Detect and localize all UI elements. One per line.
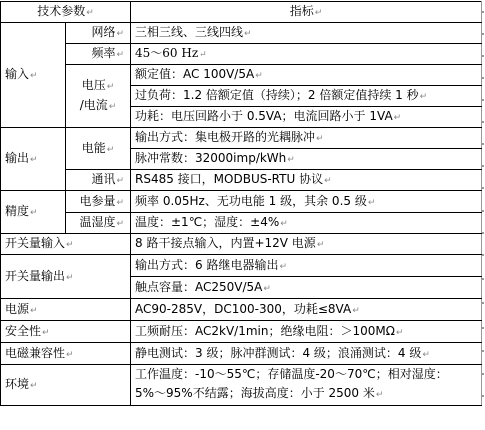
table-row: 精度↵ 电参量↵ 频率 0.05Hz、无功电能 1 级，其余 0.5 级↵ xyxy=(1,191,482,213)
table-row: 环境↵ 工作温度：-10～55℃；存储温度-20～70℃；相对湿度：5%～95%… xyxy=(1,365,482,406)
frequency-value: 45～60 Hz↵ xyxy=(131,44,482,65)
safety-value: 工频耐压：AC2kV/1min；绝缘电阻：＞100MΩ↵ xyxy=(131,321,482,343)
electrical-value: 频率 0.05Hz、无功电能 1 级，其余 0.5 级↵ xyxy=(131,191,482,213)
energy-label: 电能↵ xyxy=(66,128,131,170)
vi-rated: 额定值：AC 100V/5A↵ xyxy=(131,65,482,86)
electrical-label: 电参量↵ xyxy=(66,191,131,213)
header-param: 技术参数↵ xyxy=(1,2,131,23)
temp-humidity-value: 温度：±1℃；湿度：±4%↵ xyxy=(131,213,482,234)
header-spec: 指标↵ xyxy=(131,2,482,23)
table-row: 频率↵ 45～60 Hz↵ xyxy=(1,44,482,65)
emc-value: 静电测试：3 级；脉冲群测试：4 级；浪涌测试：4 级↵ xyxy=(131,343,482,365)
safety-label: 安全性↵ xyxy=(1,321,131,343)
table-row: 电磁兼容性↵ 静电测试：3 级；脉冲群测试：4 级；浪涌测试：4 级↵ xyxy=(1,343,482,365)
environment-value: 工作温度：-10～55℃；存储温度-20～70℃；相对湿度：5%～95%不结露；… xyxy=(131,365,482,406)
frequency-label: 频率↵ xyxy=(66,44,131,65)
table-row: 输出↵ 电能↵ 输出方式：集电极开路的光耦脉冲↵ xyxy=(1,128,482,149)
network-label: 网络↵ xyxy=(66,23,131,44)
table-row: 输入↵ 网络↵ 三相三线、三线四线↵ xyxy=(1,23,482,44)
vi-label: 电压↵/电流↵ xyxy=(66,65,131,128)
output-label: 输出↵ xyxy=(1,128,66,191)
power-supply-label: 电源↵ xyxy=(1,299,131,321)
emc-label: 电磁兼容性↵ xyxy=(1,343,131,365)
spec-table: 技术参数↵ 指标↵ 输入↵ 网络↵ 三相三线、三线四线↵ 频率↵ 45～60 H… xyxy=(0,1,482,406)
table-row: 电压↵/电流↵ 额定值：AC 100V/5A↵ xyxy=(1,65,482,86)
switch-output-capacity: 触点容量：AC250V/5A↵ xyxy=(131,277,482,299)
network-value: 三相三线、三线四线↵ xyxy=(131,23,482,44)
table-row: 开关量输出↵ 输出方式：6 路继电器输出↵ xyxy=(1,255,482,277)
table-row: 开关量输入↵ 8 路干接点输入，内置+12V 电源↵ xyxy=(1,234,482,255)
table-row: 安全性↵ 工频耐压：AC2kV/1min；绝缘电阻：＞100MΩ↵ xyxy=(1,321,482,343)
switch-input-value: 8 路干接点输入，内置+12V 电源↵ xyxy=(131,234,482,255)
table-header-row: 技术参数↵ 指标↵ xyxy=(1,2,482,23)
switch-output-mode: 输出方式：6 路继电器输出↵ xyxy=(131,255,482,277)
table-row: 通讯↵ RS485 接口，MODBUS-RTU 协议↵ xyxy=(1,170,482,191)
vi-power: 功耗：电压回路小于 0.5VA；电流回路小于 1VA↵ xyxy=(131,107,482,128)
power-supply-value: AC90-285V，DC100-300，功耗≤8VA↵ xyxy=(131,299,482,321)
accuracy-label: 精度↵ xyxy=(1,191,66,234)
energy-pulse: 脉冲常数：32000imp/kWh↵ xyxy=(131,149,482,170)
switch-input-label: 开关量输入↵ xyxy=(1,234,131,255)
table-row: 电源↵ AC90-285V，DC100-300，功耗≤8VA↵ xyxy=(1,299,482,321)
vi-overload: 过负荷：1.2 倍额定值（持续）；2 倍额定值持续 1 秒↵ xyxy=(131,86,482,107)
comm-value: RS485 接口，MODBUS-RTU 协议↵ xyxy=(131,170,482,191)
environment-label: 环境↵ xyxy=(1,365,131,406)
table-row: 温湿度↵ 温度：±1℃；湿度：±4%↵ xyxy=(1,213,482,234)
input-label: 输入↵ xyxy=(1,23,66,128)
temp-humidity-label: 温湿度↵ xyxy=(66,213,131,234)
switch-output-label: 开关量输出↵ xyxy=(1,255,131,299)
energy-mode: 输出方式：集电极开路的光耦脉冲↵ xyxy=(131,128,482,149)
comm-label: 通讯↵ xyxy=(66,170,131,191)
